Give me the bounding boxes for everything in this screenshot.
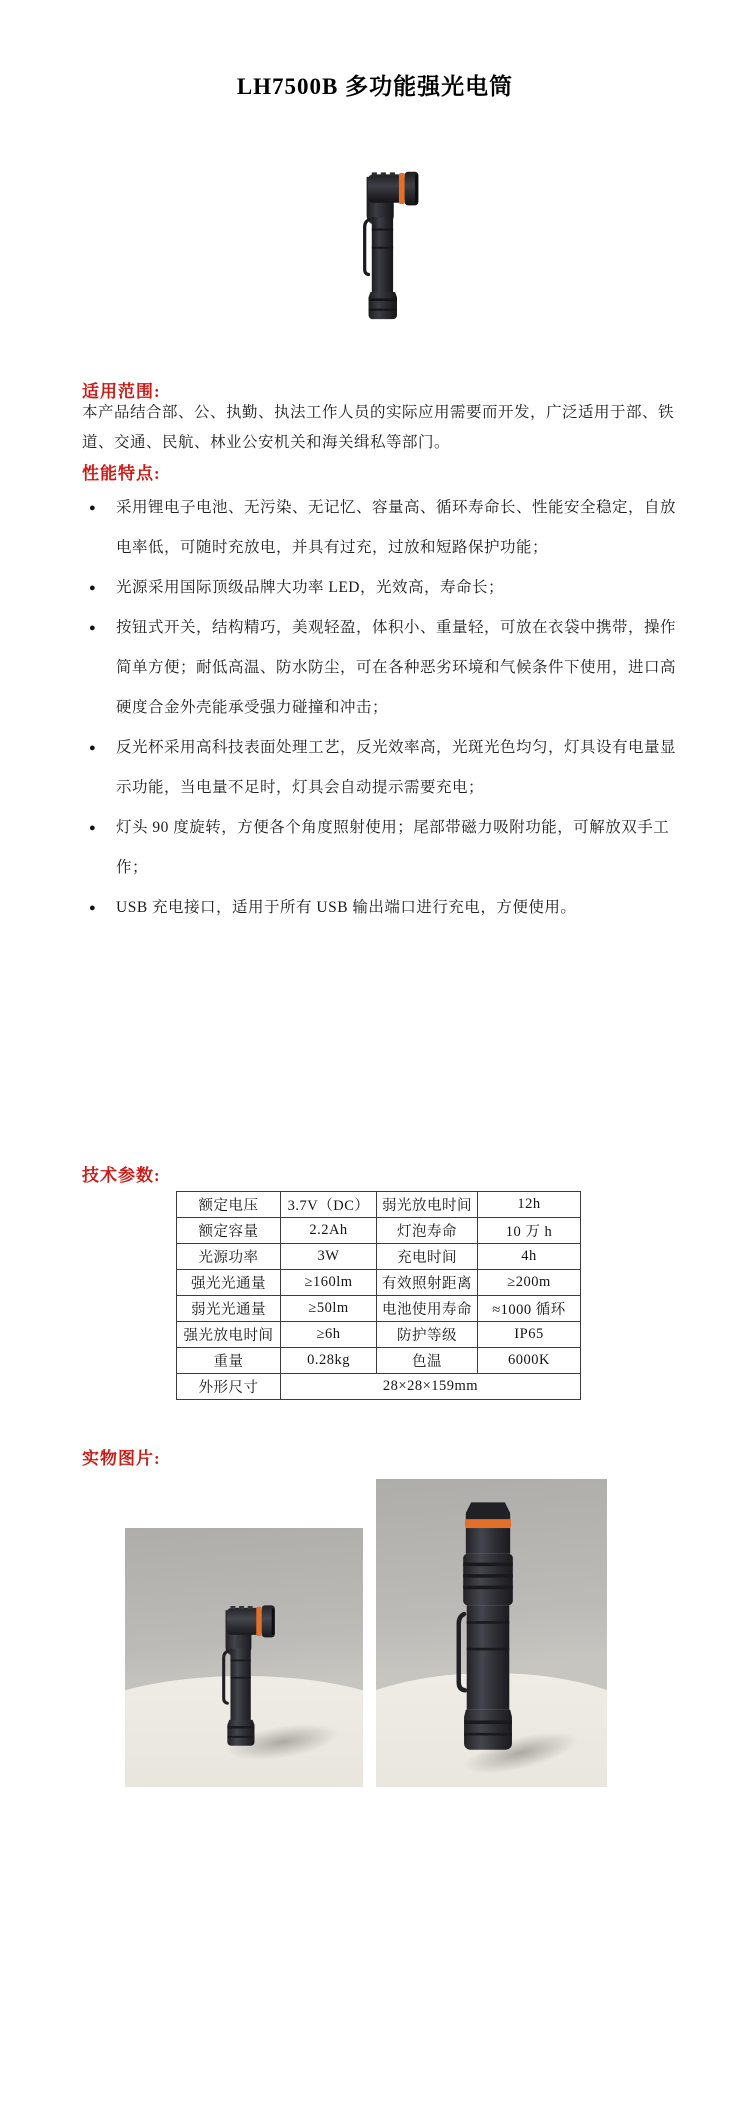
product-photo-bent bbox=[125, 1528, 363, 1787]
spec-value-cell: ≥6h bbox=[281, 1322, 377, 1348]
table-row: 光源功率 3W 充电时间 4h bbox=[177, 1244, 581, 1270]
specs-table: 额定电压 3.7V（DC） 弱光放电时间 12h 额定容量 2.2Ah 灯泡寿命… bbox=[176, 1191, 581, 1400]
spec-value-cell: 0.28kg bbox=[281, 1348, 377, 1374]
table-row: 额定电压 3.7V（DC） 弱光放电时间 12h bbox=[177, 1192, 581, 1218]
feature-item: ● 按钮式开关，结构精巧，美观轻盈，体积小、重量轻，可放在衣袋中携带，操作简单方… bbox=[82, 608, 684, 728]
feature-text: USB 充电接口，适用于所有 USB 输出端口进行充电，方便使用。 bbox=[116, 899, 576, 916]
section-heading-specs: 技术参数: bbox=[82, 1161, 161, 1186]
features-list: ● 采用锂电子电池、无污染、无记忆、容量高、循环寿命长、性能安全稳定，自放电率低… bbox=[82, 488, 684, 928]
spec-value-cell: 10 万 h bbox=[478, 1218, 581, 1244]
spec-label-cell: 强光光通量 bbox=[177, 1270, 281, 1296]
spec-value-cell: 3.7V（DC） bbox=[281, 1192, 377, 1218]
bullet-icon: ● bbox=[89, 488, 96, 528]
spec-label-cell: 外形尺寸 bbox=[177, 1374, 281, 1400]
spec-label-cell: 色温 bbox=[377, 1348, 478, 1374]
spec-value-cell: ≥160lm bbox=[281, 1270, 377, 1296]
spec-value-cell: 4h bbox=[478, 1244, 581, 1270]
bullet-icon: ● bbox=[89, 608, 96, 648]
product-image bbox=[347, 164, 425, 332]
spec-value-cell: 2.2Ah bbox=[281, 1218, 377, 1244]
scope-paragraph: 本产品结合部、公、执勤、执法工作人员的实际应用需要而开发，广泛适用于部、铁道、交… bbox=[82, 398, 678, 458]
spec-label-cell: 额定电压 bbox=[177, 1192, 281, 1218]
table-row: 强光放电时间 ≥6h 防护等级 IP65 bbox=[177, 1322, 581, 1348]
flashlight-straight-graphic bbox=[448, 1497, 528, 1763]
page-title: LH7500B 多功能强光电筒 bbox=[0, 68, 750, 101]
feature-item: ● 光源采用国际顶级品牌大功率 LED，光效高，寿命长； bbox=[82, 568, 684, 608]
bullet-icon: ● bbox=[89, 808, 96, 848]
spec-value-cell: 12h bbox=[478, 1192, 581, 1218]
table-row: 重量 0.28kg 色温 6000K bbox=[177, 1348, 581, 1374]
table-row: 弱光光通量 ≥50lm 电池使用寿命 ≈1000 循环 bbox=[177, 1296, 581, 1322]
section-heading-features: 性能特点: bbox=[82, 459, 161, 484]
feature-item: ● USB 充电接口，适用于所有 USB 输出端口进行充电，方便使用。 bbox=[82, 888, 684, 928]
table-row: 外形尺寸 28×28×159mm bbox=[177, 1374, 581, 1400]
spec-label-cell: 强光放电时间 bbox=[177, 1322, 281, 1348]
feature-item: ● 灯头 90 度旋转，方便各个角度照射使用；尾部带磁力吸附功能，可解放双手工作… bbox=[82, 808, 684, 888]
feature-item: ● 采用锂电子电池、无污染、无记忆、容量高、循环寿命长、性能安全稳定，自放电率低… bbox=[82, 488, 684, 568]
table-row: 额定容量 2.2Ah 灯泡寿命 10 万 h bbox=[177, 1218, 581, 1244]
spec-value-cell: 3W bbox=[281, 1244, 377, 1270]
spec-label-cell: 光源功率 bbox=[177, 1244, 281, 1270]
feature-text: 采用锂电子电池、无污染、无记忆、容量高、循环寿命长、性能安全稳定，自放电率低，可… bbox=[116, 499, 676, 556]
spec-value-cell: IP65 bbox=[478, 1322, 581, 1348]
spec-label-cell: 充电时间 bbox=[377, 1244, 478, 1270]
product-photo-straight bbox=[376, 1479, 607, 1787]
spec-label-cell: 重量 bbox=[177, 1348, 281, 1374]
table-row: 强光光通量 ≥160lm 有效照射距离 ≥200m bbox=[177, 1270, 581, 1296]
bullet-icon: ● bbox=[89, 728, 96, 768]
feature-text: 按钮式开关，结构精巧，美观轻盈，体积小、重量轻，可放在衣袋中携带，操作简单方便；… bbox=[116, 619, 676, 716]
feature-text: 反光杯采用高科技表面处理工艺，反光效率高，光斑光色均匀，灯具设有电量显示功能，当… bbox=[116, 739, 676, 796]
feature-item: ● 反光杯采用高科技表面处理工艺，反光效率高，光斑光色均匀，灯具设有电量显示功能… bbox=[82, 728, 684, 808]
spec-label-cell: 电池使用寿命 bbox=[377, 1296, 478, 1322]
spec-label-cell: 有效照射距离 bbox=[377, 1270, 478, 1296]
spec-value-cell: ≈1000 循环 bbox=[478, 1296, 581, 1322]
spec-label-cell: 额定容量 bbox=[177, 1218, 281, 1244]
spec-label-cell: 弱光放电时间 bbox=[377, 1192, 478, 1218]
spec-label-cell: 防护等级 bbox=[377, 1322, 478, 1348]
feature-text: 灯头 90 度旋转，方便各个角度照射使用；尾部带磁力吸附功能，可解放双手工作； bbox=[116, 819, 669, 876]
bullet-icon: ● bbox=[89, 568, 96, 608]
spec-label-cell: 弱光光通量 bbox=[177, 1296, 281, 1322]
spec-label-cell: 灯泡寿命 bbox=[377, 1218, 478, 1244]
feature-text: 光源采用国际顶级品牌大功率 LED，光效高，寿命长； bbox=[116, 579, 504, 596]
spec-value-cell: 6000K bbox=[478, 1348, 581, 1374]
bullet-icon: ● bbox=[89, 888, 96, 928]
document-page: LH7500B 多功能强光电筒 bbox=[0, 0, 750, 2121]
spec-value-cell: ≥200m bbox=[478, 1270, 581, 1296]
flashlight-bent-graphic bbox=[347, 164, 425, 332]
spec-value-cell: ≥50lm bbox=[281, 1296, 377, 1322]
flashlight-bent-graphic bbox=[207, 1598, 281, 1758]
spec-value-cell: 28×28×159mm bbox=[281, 1374, 581, 1400]
section-heading-photos: 实物图片: bbox=[82, 1444, 161, 1469]
